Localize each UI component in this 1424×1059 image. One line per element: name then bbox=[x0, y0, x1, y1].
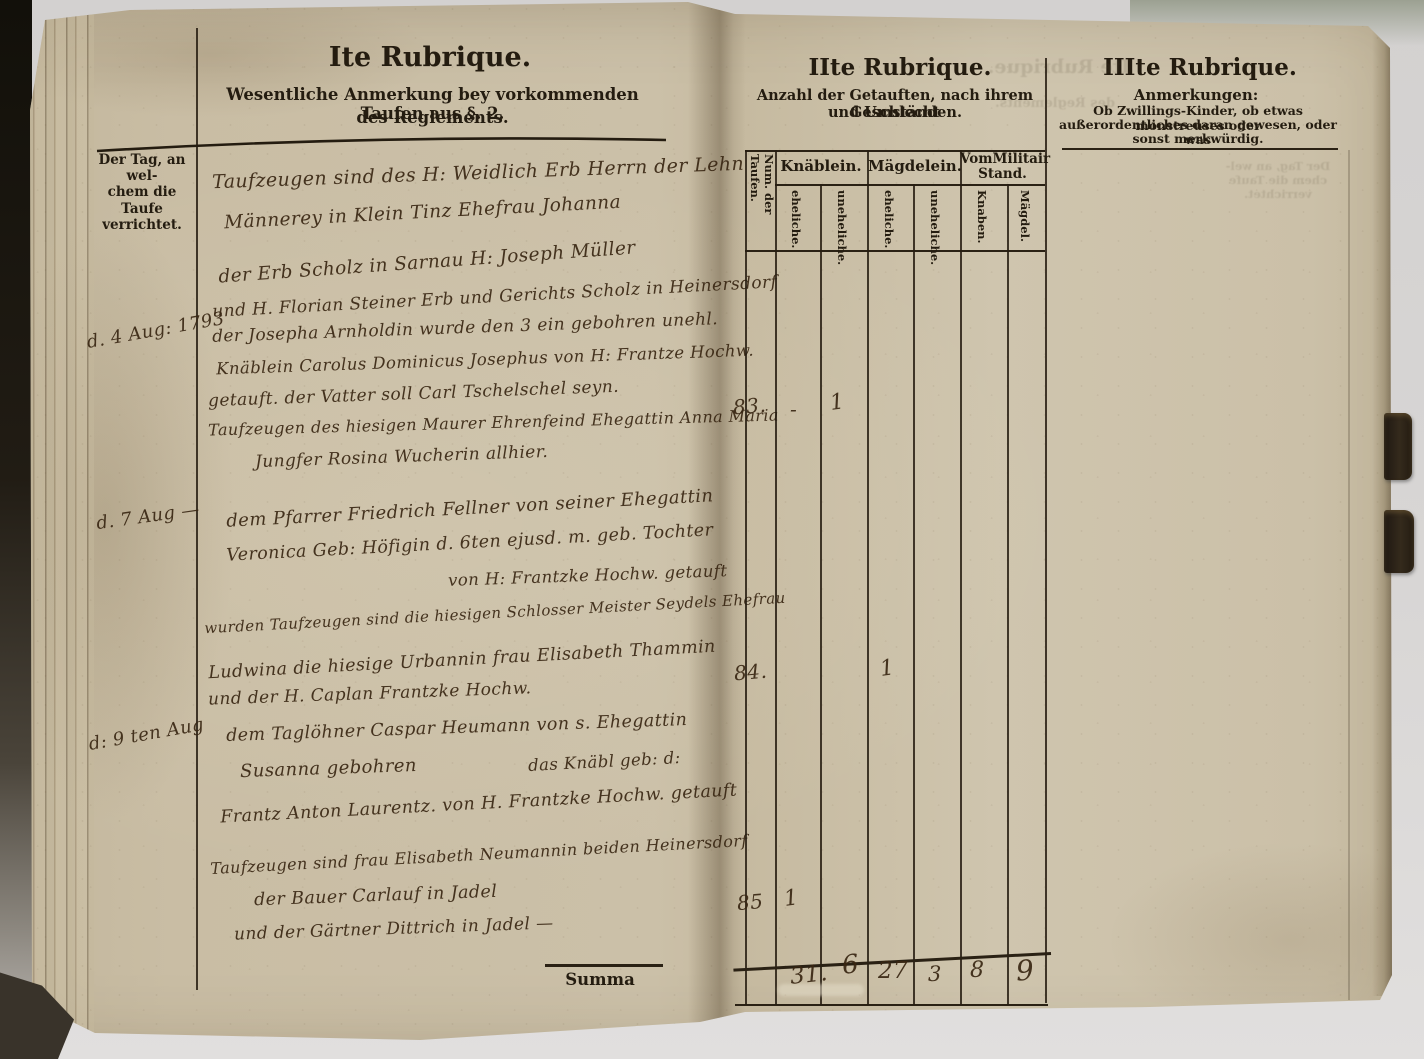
handwritten-line: Taufzeugen sind des H: Weidlich Erb Herr… bbox=[212, 153, 745, 194]
left-rubrique-subtitle-2: des Reglements. bbox=[200, 108, 665, 127]
summary-value: 3 bbox=[928, 962, 942, 986]
table-subheader-uneheliche-k: uneheliche. bbox=[835, 190, 849, 248]
row-number: 83. bbox=[732, 393, 767, 420]
handwritten-line: und der H. Caplan Frantzke Hochw. bbox=[208, 678, 532, 709]
table-subheader-maegdel: Mägdel. bbox=[1018, 190, 1032, 248]
table-group-militair: VomMilitair Stand. bbox=[960, 152, 1045, 182]
summary-value: 9 bbox=[1015, 953, 1035, 987]
handwritten-line: der Bauer Carlauf in Jadel bbox=[254, 882, 498, 910]
summary-value: 27 bbox=[878, 958, 908, 984]
cell-value: 1 bbox=[828, 389, 846, 416]
entry-date: d: 9 ten Aug bbox=[87, 714, 205, 755]
table-bottom-border bbox=[735, 1004, 1048, 1006]
table-group-knaeblein: Knäblein. bbox=[777, 157, 865, 175]
table-subheader-eheliche-k: eheliche. bbox=[789, 190, 803, 248]
table-subheader-border bbox=[745, 250, 1045, 252]
book-clasp-top bbox=[1384, 413, 1412, 480]
show-through-text: des Reglements. bbox=[945, 96, 1115, 111]
rubrique3-underline bbox=[1062, 148, 1338, 150]
table-column-line bbox=[913, 184, 915, 1005]
right-rubrique3-line3: sonst merkwürdig. bbox=[1048, 131, 1348, 146]
table-group-maegdelein: Mägdelein. bbox=[868, 157, 958, 175]
handwritten-line: Knäblein Carolus Dominicus Josephus von … bbox=[216, 341, 755, 379]
faint-fold-line bbox=[1348, 150, 1350, 1000]
handwritten-line: dem Taglöhner Caspar Heumann von s. Eheg… bbox=[226, 710, 688, 746]
table-column-line bbox=[775, 150, 777, 1005]
table-subheader-uneheliche-m: uneheliche. bbox=[928, 190, 942, 248]
handwritten-line: Männerey in Klein Tinz Ehefrau Johanna bbox=[224, 192, 622, 234]
cell-value: 1 bbox=[878, 655, 896, 682]
row-number: 85 bbox=[736, 889, 764, 915]
open-register-book: Ite Rubrique. Wesentliche Anmerkung bey … bbox=[0, 0, 1424, 1059]
table-subheader-knaben: Knaben. bbox=[975, 190, 989, 248]
summary-value: 31. bbox=[789, 960, 829, 990]
summary-value: 6 bbox=[841, 949, 861, 980]
show-through-text: Der Tag, an wel- chem die Taufe verricht… bbox=[1222, 160, 1334, 201]
row-number: 84. bbox=[733, 659, 768, 686]
date-column-header: Der Tag, an wel- chem die Taufe verricht… bbox=[90, 152, 194, 233]
table-column-line bbox=[820, 184, 822, 1005]
table-groupheader-border bbox=[775, 184, 1045, 186]
left-rubrique-title: Ite Rubrique. bbox=[230, 42, 630, 73]
table-column-line bbox=[1007, 184, 1009, 1005]
cell-value: 1 bbox=[782, 885, 800, 912]
handwritten-line: Frantz Anton Laurentz. von H. Frantzke H… bbox=[220, 780, 738, 827]
summary-value: 8 bbox=[970, 958, 984, 983]
table-num-header: Num. der Taufen. bbox=[748, 154, 776, 254]
handwritten-line: getauft. der Vatter soll Carl Tschelsche… bbox=[208, 377, 620, 411]
handwritten-line: und der Gärtner Dittrich in Jadel — bbox=[234, 913, 554, 944]
summa-rule bbox=[545, 964, 663, 967]
cell-value: - bbox=[790, 397, 797, 421]
page-edge-stack bbox=[24, 8, 94, 1036]
handwritten-line: der Erb Scholz in Sarnau H: Joseph Mülle… bbox=[218, 237, 636, 287]
table-column-line bbox=[745, 150, 747, 1005]
table-column-line bbox=[960, 150, 962, 1005]
entry-date: d. 4 Aug: 1793 bbox=[85, 308, 226, 353]
left-background-shadow bbox=[0, 0, 32, 1059]
handwritten-line: Susanna gebohren bbox=[240, 755, 418, 782]
book-clasp-bottom bbox=[1384, 510, 1414, 573]
book-scan: Ite Rubrique. Wesentliche Anmerkung bey … bbox=[0, 0, 1424, 1059]
handwritten-line: das Knäbl geb: d: bbox=[528, 748, 681, 775]
handwritten-line: Taufzeugen sind frau Elisabeth Neumannin… bbox=[210, 831, 748, 878]
handwritten-line: Jungfer Rosina Wucherin allhier. bbox=[255, 442, 549, 472]
handwritten-line: von H: Frantzke Hochw. getauft bbox=[448, 561, 728, 590]
show-through-text: Ite Rubrique. bbox=[930, 56, 1130, 78]
handwritten-line: Ludwina die hiesige Urbannin frau Elisab… bbox=[208, 637, 716, 684]
summa-label: Summa bbox=[545, 970, 655, 989]
rubrique-divider-line bbox=[1045, 58, 1047, 1003]
entry-date: d. 7 Aug — bbox=[95, 499, 201, 534]
table-column-line bbox=[867, 150, 869, 1005]
table-subheader-eheliche-m: eheliche. bbox=[882, 190, 896, 248]
